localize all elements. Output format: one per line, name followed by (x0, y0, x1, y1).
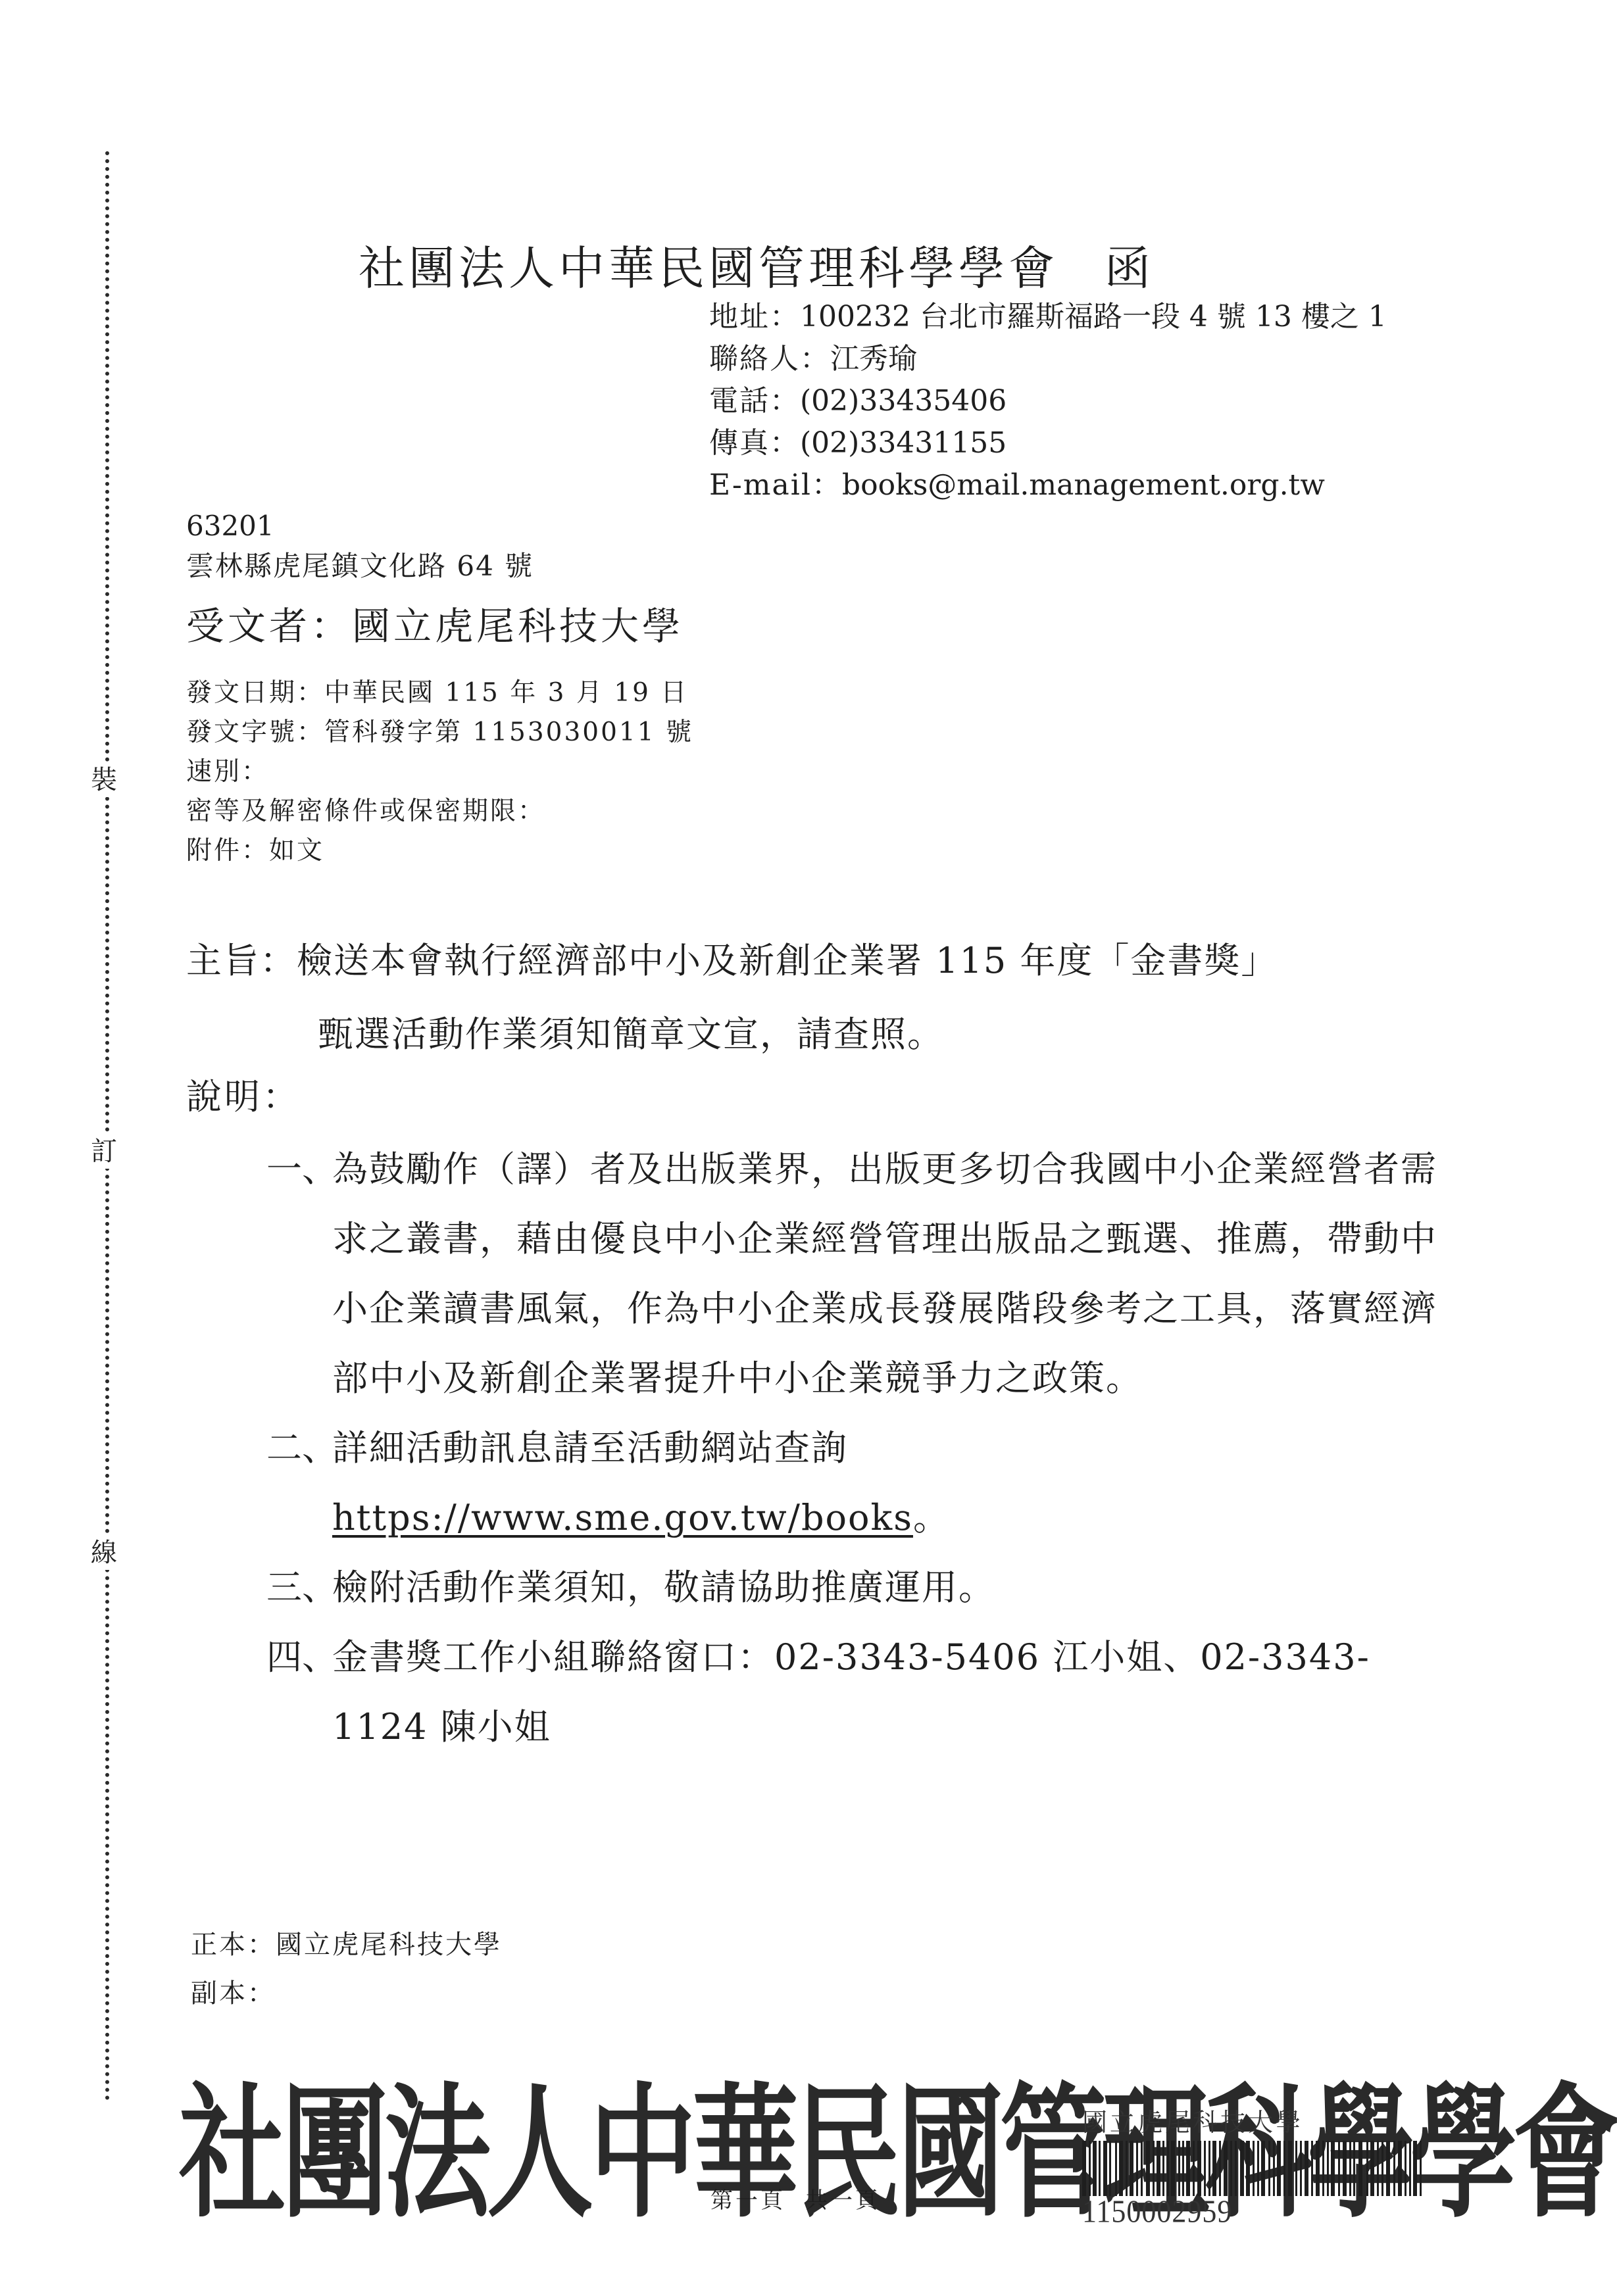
binding-mark-xian: 線 (91, 1536, 117, 1570)
sender-address: 地址：100232 台北市羅斯福路一段 4 號 13 樓之 1 (709, 296, 1387, 338)
binding-dotted-line (105, 151, 109, 2101)
barcode-icon (1082, 2141, 1424, 2196)
recipient-name: 國立虎尾科技大學 (352, 604, 684, 648)
speed-class: 速別： (186, 752, 693, 792)
activity-website-link[interactable]: https://www.sme.gov.tw/books (332, 1497, 913, 1538)
document-title: 社團法人中華民國管理科學學會函 (359, 232, 1155, 298)
recipient-label: 受文者： (186, 604, 352, 648)
document-meta: 發文日期：中華民國 115 年 3 月 19 日 發文字號：管科發字第 1153… (186, 673, 693, 871)
explanation-item-2: 二、 詳細活動訊息請至活動網站查詢 https://www.sme.gov.tw… (266, 1413, 1451, 1553)
subject-label: 主旨： (186, 940, 297, 981)
explanation-list: 一、 為鼓勵作（譯）者及出版業界，出版更多切合我國中小企業經營者需求之叢書，藉由… (266, 1135, 1451, 1762)
sender-info: 地址：100232 台北市羅斯福路一段 4 號 13 樓之 1 聯絡人：江秀瑜 … (709, 296, 1387, 506)
copy-recipient: 副本： (191, 1969, 502, 2018)
org-name: 社團法人中華民國管理科學學會 (359, 241, 1058, 295)
binding-mark-zhuang: 裝 (91, 763, 117, 797)
sender-email: E-mail：books@mail.management.org.tw (709, 464, 1387, 506)
explanation-item-3: 三、 檢附活動作業須知，敬請協助推廣運用。 (266, 1553, 1451, 1623)
subject-line-2: 甄選活動作業須知簡章文宣，請查照。 (186, 998, 1278, 1071)
recipient-zip: 63201 (186, 510, 274, 542)
issue-date: 發文日期：中華民國 115 年 3 月 19 日 (186, 673, 693, 713)
sender-phone: 電話：(02)33435406 (709, 380, 1387, 422)
subject-line-1: 檢送本會執行經濟部中小及新創企業署 115 年度「金書獎」 (297, 940, 1278, 981)
sender-contact: 聯絡人：江秀瑜 (709, 338, 1387, 380)
barcode-number: 1150002959 (1082, 2196, 1437, 2228)
barcode-block: 國立虎尾科技大學 1150002959 (1082, 2108, 1437, 2225)
original-recipient: 正本：國立虎尾科技大學 (191, 1920, 502, 1969)
explanation-label: 說明： (186, 1069, 301, 1119)
barcode-label: 國立虎尾科技大學 (1082, 2108, 1437, 2137)
doc-type: 函 (1105, 241, 1155, 295)
reference-number: 發文字號：管科發字第 1153030011 號 (186, 713, 693, 752)
subject: 主旨：檢送本會執行經濟部中小及新創企業署 115 年度「金書獎」 甄選活動作業須… (186, 924, 1278, 1071)
recipient: 受文者：國立虎尾科技大學 (186, 595, 684, 650)
secrecy-level: 密等及解密條件或保密期限： (186, 792, 693, 831)
explanation-item-4: 四、 金書獎工作小組聯絡窗口：02-3343-5406 江小姐、02-3343-… (266, 1623, 1451, 1762)
explanation-item-1: 一、 為鼓勵作（譯）者及出版業界，出版更多切合我國中小企業經營者需求之叢書，藉由… (266, 1135, 1451, 1413)
distribution: 正本：國立虎尾科技大學 副本： (191, 1920, 502, 2018)
sender-fax: 傳真：(02)33431155 (709, 422, 1387, 464)
recipient-address: 雲林縣虎尾鎮文化路 64 號 (186, 545, 534, 584)
attachments: 附件：如文 (186, 831, 693, 871)
page-number: 第一頁共一頁 (710, 2182, 880, 2214)
binding-mark-ding: 訂 (91, 1135, 117, 1169)
